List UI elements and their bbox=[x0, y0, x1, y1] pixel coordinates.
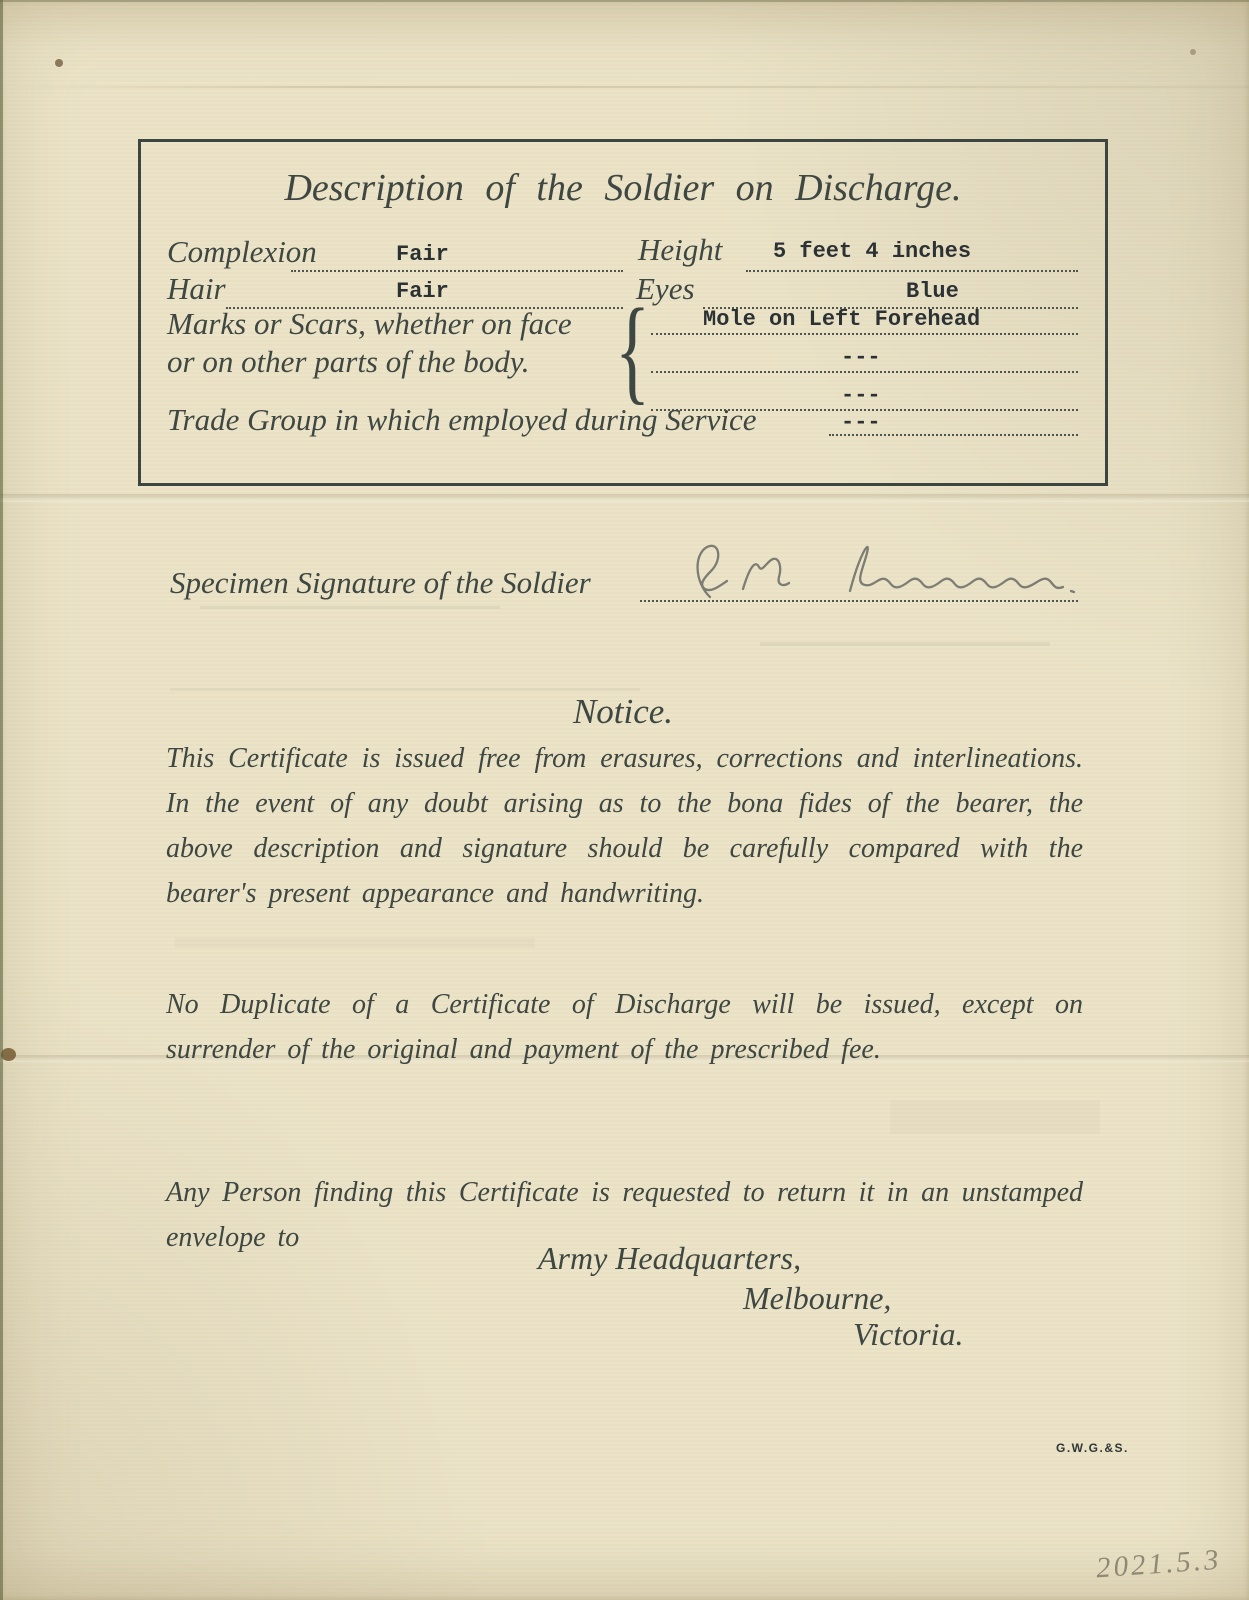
trade-group-label: Trade Group in which employed during Ser… bbox=[167, 402, 756, 438]
paper-top-edge bbox=[0, 0, 1249, 2]
notice-body: This Certificate is issued free from era… bbox=[166, 736, 1083, 916]
bleedthrough-mark bbox=[170, 688, 640, 691]
hair-value: Fair bbox=[396, 279, 449, 304]
address-line-2: Melbourne, bbox=[743, 1280, 891, 1317]
bleedthrough-mark bbox=[890, 1100, 1100, 1134]
marks-dotted-line-1 bbox=[651, 333, 1078, 335]
fold-crease-top bbox=[0, 86, 1249, 88]
printer-mark: G.W.G.&S. bbox=[1056, 1441, 1129, 1455]
trade-group-value: --- bbox=[841, 410, 881, 435]
accession-number: 2021.5.3 bbox=[1095, 1544, 1222, 1586]
height-value: 5 feet 4 inches bbox=[773, 239, 971, 264]
hair-label: Hair bbox=[167, 271, 226, 307]
duplicate-notice: No Duplicate of a Certificate of Dischar… bbox=[166, 982, 1083, 1072]
complexion-label: Complexion bbox=[167, 234, 317, 270]
eyes-value: Blue bbox=[906, 279, 959, 304]
marks-value-2: --- bbox=[841, 345, 881, 370]
marks-label-line2: or on other parts of the body. bbox=[167, 344, 530, 380]
address-line-1: Army Headquarters, bbox=[538, 1240, 801, 1277]
marks-dotted-line-2 bbox=[651, 371, 1078, 373]
height-label: Height bbox=[638, 232, 722, 268]
marks-label-line1: Marks or Scars, whether on face bbox=[167, 306, 572, 342]
fold-crease-middle bbox=[0, 494, 1249, 502]
fold-fleck bbox=[1, 1048, 16, 1061]
paper-left-edge bbox=[0, 0, 3, 1600]
description-box: Description of the Soldier on Discharge.… bbox=[138, 139, 1108, 486]
marks-brace: { bbox=[615, 295, 650, 405]
marks-value-3: --- bbox=[841, 383, 881, 408]
paper-speck bbox=[55, 59, 63, 67]
notice-heading: Notice. bbox=[138, 692, 1108, 732]
handwritten-signature bbox=[655, 533, 1095, 613]
bleedthrough-mark bbox=[760, 642, 1050, 646]
height-dotted-line bbox=[746, 270, 1078, 272]
address-line-3: Victoria. bbox=[853, 1316, 964, 1353]
specimen-signature-label: Specimen Signature of the Soldier bbox=[170, 565, 591, 601]
bleedthrough-mark bbox=[175, 938, 535, 948]
bleedthrough-mark bbox=[200, 606, 500, 609]
complexion-value: Fair bbox=[396, 242, 449, 267]
marks-value-1: Mole on Left Forehead bbox=[703, 307, 980, 332]
paper-speck bbox=[1190, 49, 1196, 55]
complexion-dotted-line bbox=[291, 270, 623, 272]
description-box-title: Description of the Soldier on Discharge. bbox=[141, 166, 1105, 210]
scanned-discharge-certificate-page: Description of the Soldier on Discharge.… bbox=[0, 0, 1249, 1600]
